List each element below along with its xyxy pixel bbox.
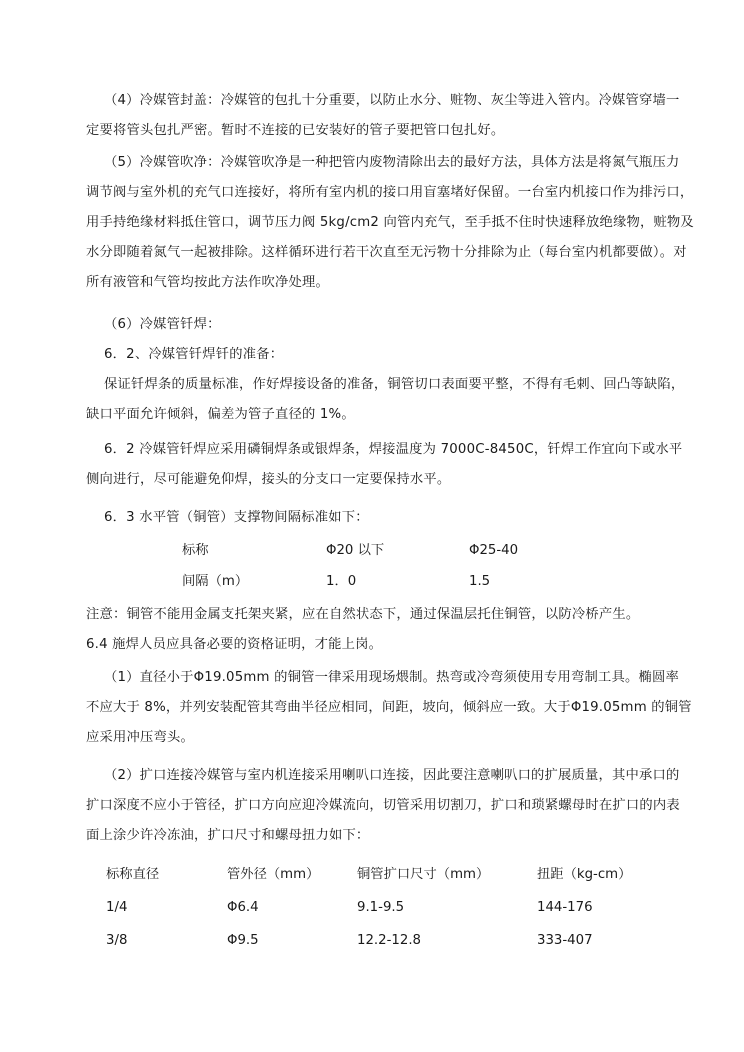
flare-cell: 9.1-9.5 (357, 899, 404, 917)
para62b-line-1: 6．2 冷媒管钎焊应采用磷铜焊条或银焊条，焊接温度为 7000C-8450C，钎… (104, 441, 682, 459)
document-page: （4）冷媒管封盖：冷媒管的包扎十分重要，以防止水分、赃物、灰尘等进入管内。冷媒管… (0, 0, 744, 1052)
support-cell: 1．0 (326, 573, 356, 591)
section-6-3-heading: 6．3 水平管（铜管）支撑物间隔标准如下： (104, 509, 369, 527)
item1-line-1: （1）直径小于Φ19.05mm 的铜管一律采用现场煨制。热弯或冷弯须使用专用弯制… (104, 669, 679, 687)
flare-cell: 1/4 (106, 899, 127, 917)
note-text: 注意：铜管不能用金属支托架夹紧，应在自然状态下，通过保温层托住铜管，以防冷桥产生… (86, 606, 639, 624)
section-6-2-heading: 6．2、冷媒管钎焊钎的准备： (104, 346, 283, 364)
para5-line-1: （5）冷媒管吹净：冷媒管吹净是一种把管内废物清除出去的最好方法，具体方法是将氮气… (104, 154, 680, 172)
flare-cell: Φ6.4 (227, 899, 259, 917)
flare-header-cell: 管外径（mm） (227, 866, 319, 884)
para5-line-5: 所有液管和气管均按此方法作吹净处理。 (86, 274, 329, 292)
flare-cell: 3/8 (106, 932, 127, 950)
item2-line-3: 面上涂少许冷冻油，扩口尺寸和螺母扭力如下： (86, 827, 369, 845)
para62b-line-2: 侧向进行，尽可能避免仰焊，接头的分支口一定要保持水平。 (86, 471, 450, 489)
support-cell: 1.5 (469, 573, 490, 591)
item2-line-1: （2）扩口连接冷媒管与室内机连接采用喇叭口连接，因此要注意喇叭口的扩展质量，其中… (104, 767, 680, 785)
flare-cell: Φ9.5 (227, 932, 259, 950)
support-cell: Φ25-40 (469, 542, 518, 560)
para5-line-2: 调节阀与室外机的充气口连接好，将所有室内机的接口用盲塞堵好保留。一台室内机接口作… (86, 184, 693, 202)
flare-header-cell: 标称直径 (106, 866, 159, 884)
flare-header-cell: 扭距（kg-cm） (537, 866, 631, 884)
flare-cell: 12.2-12.8 (357, 932, 421, 950)
item1-line-3: 应采用冲压弯头。 (86, 729, 194, 747)
prep-line-1: 保证钎焊条的质量标准，作好焊接设备的准备，铜管切口表面要平整，不得有毛刺、回凸等… (104, 376, 684, 394)
para5-line-4: 水分即随着氮气一起被排除。这样循环进行若干次直至无污物十分排除为止（每台室内机都… (86, 244, 687, 262)
prep-line-2: 缺口平面允许倾斜，偏差为管子直径的 1%。 (86, 406, 355, 424)
flare-cell: 333-407 (537, 932, 593, 950)
section-6-heading: （6）冷媒管钎焊： (104, 316, 221, 334)
para5-line-3: 用手持绝缘材料抵住管口，调节压力阀 5kg/cm2 向管内充气，至手抵不住时快速… (86, 214, 694, 232)
support-cell: 标称 (182, 542, 209, 560)
para4-line-1: （4）冷媒管封盖：冷媒管的包扎十分重要，以防止水分、赃物、灰尘等进入管内。冷媒管… (104, 92, 680, 110)
section-6-4-text: 6.4 施焊人员应具备必要的资格证明，才能上岗。 (86, 636, 382, 654)
item2-line-2: 扩口深度不应小于管径，扩口方向应迎冷媒流向，切管采用切割刀，扩口和琐紧螺母时在扩… (86, 797, 680, 815)
para4-line-2: 定要将管头包扎严密。暂时不连接的已安装好的管子要把管口包扎好。 (86, 122, 504, 140)
support-cell: Φ20 以下 (326, 542, 384, 560)
flare-cell: 144-176 (537, 899, 593, 917)
flare-header-cell: 铜管扩口尺寸（mm） (357, 866, 489, 884)
support-cell: 间隔（m） (182, 573, 248, 591)
item1-line-2: 不应大于 8%，并列安装配管其弯曲半径应相同，间距，坡向，倾斜应一致。大于Φ19… (86, 699, 692, 717)
